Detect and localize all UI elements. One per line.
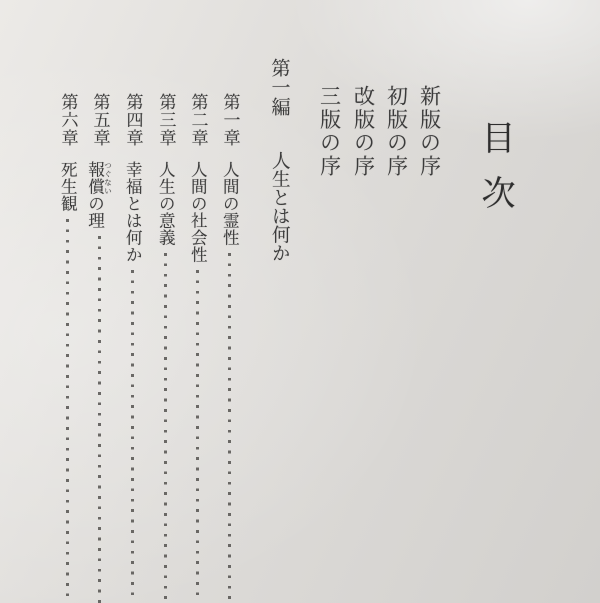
preface-label: 三版の序	[319, 85, 340, 178]
chapter-number: 第五章	[91, 93, 108, 147]
part-number: 第一編	[270, 58, 289, 117]
preface-entry-third-edition: 三版の序	[316, 85, 342, 178]
preface-entry-new-edition: 新版の序	[416, 85, 442, 178]
dotted-leader	[66, 219, 69, 603]
preface-label: 初版の序	[386, 85, 407, 178]
toc-page-title: 目次	[478, 120, 512, 230]
toc-chapter-entry-3: 第三章 人生の意義	[152, 93, 178, 603]
chapter-number: 第四章	[124, 93, 141, 147]
chapter-title: 人間の社会性	[189, 161, 206, 263]
chapter-title-with-furigana: 報償つぐないの理	[86, 161, 112, 229]
toc-chapter-entry-2: 第二章 人間の社会性	[184, 93, 210, 603]
dotted-leader	[164, 253, 167, 603]
dotted-leader	[228, 253, 231, 603]
preface-label: 新版の序	[419, 85, 440, 178]
preface-entry-first-edition: 初版の序	[383, 85, 409, 178]
preface-entry-revised-edition: 改版の序	[350, 85, 376, 178]
chapter-title: 人間の霊性	[221, 161, 238, 246]
furigana-ruby: 報償つぐない	[86, 161, 105, 195]
preface-label: 改版の序	[353, 85, 374, 178]
chapter-title-base: 報償	[86, 161, 105, 195]
toc-chapter-entry-6: 第六章 死生観	[54, 93, 80, 603]
chapter-number: 第三章	[157, 93, 174, 147]
toc-chapter-entry-5: 第五章 報償つぐないの理	[86, 93, 112, 603]
chapter-title: 幸福とは何か	[124, 161, 141, 263]
chapter-number: 第六章	[59, 93, 76, 147]
dotted-leader	[98, 236, 101, 603]
toc-chapter-entry-4: 第四章 幸福とは何か	[119, 93, 145, 603]
toc-chapter-entry-1: 第一章 人間の霊性	[216, 93, 242, 603]
part-title: 人生とは何か	[270, 151, 289, 262]
chapter-title: 人生の意義	[157, 161, 174, 246]
dotted-leader	[196, 270, 199, 603]
chapter-title: 死生観	[59, 161, 76, 212]
book-toc-page-photo: 目次 新版の序 初版の序 改版の序 三版の序 第一編 人生とは何か 第一章 人間…	[0, 0, 600, 603]
furigana-text: つぐない	[104, 161, 113, 195]
part-heading: 第一編 人生とは何か	[266, 58, 292, 262]
chapter-number: 第二章	[189, 93, 206, 147]
dotted-leader	[131, 270, 134, 603]
chapter-number: 第一章	[221, 93, 238, 147]
chapter-title-rest: の理	[86, 195, 105, 229]
